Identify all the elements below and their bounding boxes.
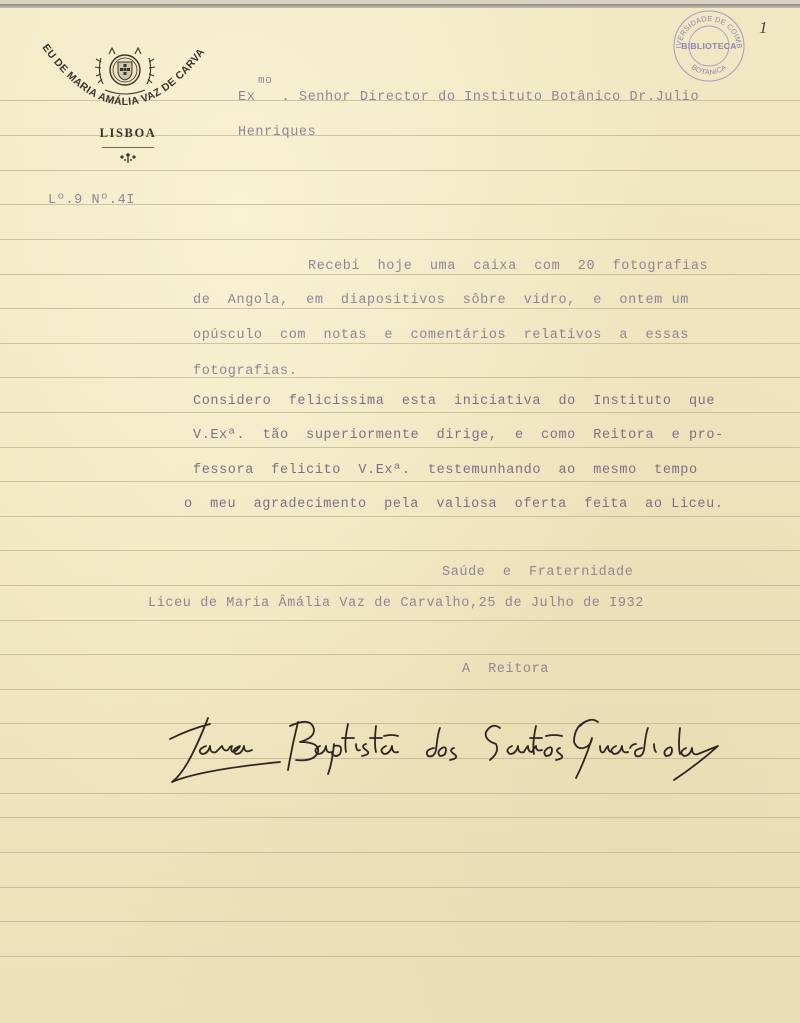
body-line: V.Exª. tão superiormente dirige, e como … xyxy=(193,428,724,443)
body-line: fotografias. xyxy=(193,364,297,379)
body-line: o meu agradecimento pela valiosa oferta … xyxy=(184,497,723,512)
reference-number: Lº.9 Nº.4I xyxy=(48,193,135,208)
library-stamp: UNIVERSIDADE DE COIMBRA BOTANICA BIBLIOT… xyxy=(672,9,746,83)
addressee-line-1: Ex . Senhor Director do Instituto Botâni… xyxy=(238,90,699,105)
signatory-title: A Reitora xyxy=(462,662,549,677)
page-top-edge xyxy=(0,4,800,8)
handwritten-signature: Maria Baptista dos Santos Guardiola xyxy=(160,704,720,794)
body-line: Considero felicissima esta iniciativa do… xyxy=(193,394,715,409)
addressee-line-2: Henriques xyxy=(238,125,316,140)
ornament-icon xyxy=(117,151,139,165)
letter-page: LICEU DE MARIA AMÁLIA VAZ DE CARVALHO L xyxy=(0,4,800,1023)
letterhead-city: LISBOA xyxy=(78,126,178,141)
letterhead-divider xyxy=(102,147,154,148)
letterhead: LICEU DE MARIA AMÁLIA VAZ DE CARVALHO L xyxy=(30,40,220,180)
body-line: fessora felicito V.Exª. testemunhando ao… xyxy=(193,463,698,478)
place-and-date: Liceu de Maria Âmália Vaz de Carvalho,25… xyxy=(148,596,644,611)
body-line: opúsculo com notas e comentários relativ… xyxy=(193,328,689,343)
coat-of-arms-icon xyxy=(93,44,157,100)
page-number: 1 xyxy=(759,18,768,38)
closing-salutation: Saúde e Fraternidade xyxy=(442,565,633,580)
body-line: de Angola, em diapositivos sôbre vidro, … xyxy=(193,293,689,308)
addressee-superscript: mo xyxy=(258,75,272,87)
svg-text:BIBLIOTECA: BIBLIOTECA xyxy=(681,41,737,51)
body-line: Recebi hoje uma caixa com 20 fotografias xyxy=(308,259,708,274)
svg-text:BOTANICA: BOTANICA xyxy=(690,62,728,76)
